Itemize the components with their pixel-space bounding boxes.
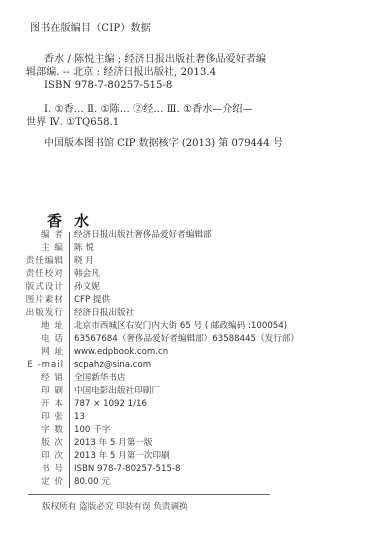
book-title-char-2: 水 [74,212,90,230]
colophon-row-phone: 电 话63567684（奢侈品爱好者编辑部）63588445（发行部） [0,333,375,346]
row-label: 地 址 [41,320,64,333]
row-label: 版 次 [41,437,64,450]
row-label: 责任校对 [26,268,64,281]
row-label: 定 价 [41,476,64,489]
row-label: 字 数 [41,424,64,437]
colophon-row-proofreader: 责任校对韩会凡 [0,268,375,281]
row-label: E -mail [27,359,64,372]
row-label: 书 号 [41,463,64,476]
cip-classification-line-2: 世界 Ⅳ. ①TQ658.1 [26,116,119,129]
row-value: 北京市西城区右安门内大街 65 号 ( 邮政编码 :100054) [74,320,287,333]
row-label: 印 张 [41,411,64,424]
colophon-row-layout-design: 版式设计孙文妮 [0,281,375,294]
colophon-row-word-count: 字 数100 千字 [0,424,375,437]
row-value: 中国电影出版社印刷厂 [74,385,160,398]
row-value: 787 × 1092 1/16 [74,398,147,411]
colophon-row-price: 定 价80.00 元 [0,476,375,489]
row-label: 印 刷 [41,385,64,398]
row-value: 2013 年 5 月第一次印刷 [74,450,170,463]
colophon-row-chief-editor: 主 编陈 悦 [0,242,375,255]
row-value: 晓 月 [74,255,94,268]
colophon-row-email: E -mailscpahz@sina.com [0,359,375,372]
horizontal-divider [28,494,270,495]
colophon-row-editor: 编 者经济日报出版社奢侈品爱好者编辑部 [0,229,375,242]
row-value: 2013 年 5 月第一版 [74,437,153,450]
row-label: 经 销 [41,372,64,385]
colophon-row-format: 开 本787 × 1092 1/16 [0,398,375,411]
website-link[interactable]: www.edpbook.com.cn [74,346,168,359]
colophon-row-publisher: 出版发行经济日报出版社 [0,307,375,320]
row-label: 开 本 [41,398,64,411]
row-label: 版式设计 [26,281,64,294]
row-value: CFP 提供 [74,294,110,307]
row-value: 孙文妮 [74,281,100,294]
book-title: 香水 [47,210,90,231]
colophon-row-distributor: 经 销全国新华书店 [0,372,375,385]
cip-heading: 图书在版编目（CIP）数据 [30,19,151,34]
row-label: 编 者 [41,229,64,242]
row-value: 63567684（奢侈品爱好者编辑部）63588445（发行部） [74,333,299,346]
book-title-char-1: 香 [47,212,63,230]
row-label: 电 话 [41,333,64,346]
row-value: 韩会凡 [74,268,100,281]
colophon-row-image-source: 图片素材CFP 提供 [0,294,375,307]
row-value: 全国新华书店 [74,372,126,385]
colophon-row-printer: 印 刷中国电影出版社印刷厂 [0,385,375,398]
row-value: 陈 悦 [74,242,94,255]
row-label: 印 次 [41,450,64,463]
row-value: 13 [74,411,85,424]
row-label: 责任编辑 [26,255,64,268]
row-label: 出版发行 [26,307,64,320]
colophon-row-responsible-editor: 责任编辑晓 月 [0,255,375,268]
rights-notice: 版权所有 盗版必究 印装有误 负责调换 [42,500,188,512]
row-value: 经济日报出版社 [74,307,134,320]
colophon-row-website: 网 址www.edpbook.com.cn [0,346,375,359]
colophon-row-printing: 印 次2013 年 5 月第一次印刷 [0,450,375,463]
cip-classification-line-1: Ⅰ. ①香… Ⅱ. ①陈… ②经… Ⅲ. ①香水—介绍— [44,103,253,116]
colophon-table: 编 者经济日报出版社奢侈品爱好者编辑部 主 编陈 悦 责任编辑晓 月 责任校对韩… [0,229,375,489]
cip-title-line-2: 辑部编. -- 北京 : 经济日报出版社, 2013.4 [26,66,216,79]
row-value: 80.00 元 [74,476,110,489]
colophon-row-isbn: 书 号ISBN 978-7-80257-515-8 [0,463,375,476]
row-value: ISBN 978-7-80257-515-8 [74,463,181,476]
cip-title-line-1: 香水 / 陈悦主编 ; 经济日报出版社奢侈品爱好者编 [44,53,266,66]
row-label: 图片素材 [26,294,64,307]
email-link[interactable]: scpahz@sina.com [74,359,151,372]
cip-isbn: ISBN 978-7-80257-515-8 [44,79,173,92]
colophon-row-edition: 版 次2013 年 5 月第一版 [0,437,375,450]
cip-check-number: 中国版本图书馆 CIP 数据核字 (2013) 第 079444 号 [44,134,283,149]
colophon-row-address: 地 址北京市西城区右安门内大街 65 号 ( 邮政编码 :100054) [0,320,375,333]
row-value: 100 千字 [74,424,110,437]
row-value: 经济日报出版社奢侈品爱好者编辑部 [74,229,212,242]
row-label: 网 址 [41,346,64,359]
row-label: 主 编 [41,242,64,255]
colophon-row-sheets: 印 张13 [0,411,375,424]
